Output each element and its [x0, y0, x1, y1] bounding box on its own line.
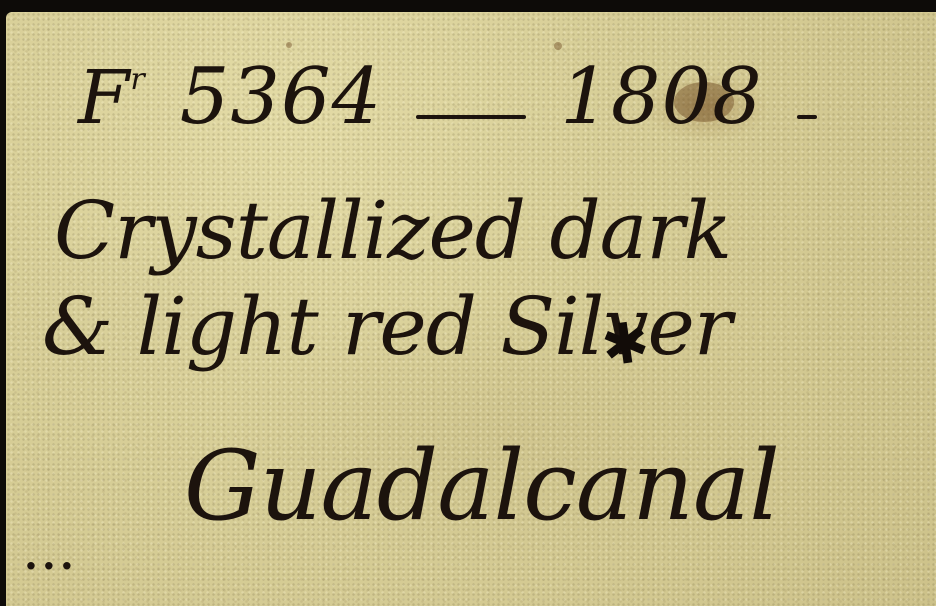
specimen-label: Fr 5364 1808 Crystallized dark & light r…: [6, 12, 936, 606]
ellipsis-mark: ...: [24, 532, 78, 579]
paper-spot: [286, 42, 292, 48]
description-line-1: Crystallized dark: [54, 184, 731, 277]
dash-divider: [416, 115, 526, 119]
catalog-number: 5364: [180, 52, 383, 142]
paper-spot: [554, 42, 562, 50]
catalog-year: 1808: [560, 52, 763, 142]
catalog-line: Fr 5364 1808: [78, 52, 817, 142]
dash-end: [797, 115, 817, 119]
locality-line: Guadalcanal: [184, 430, 779, 542]
ink-blot-icon: ✱: [598, 309, 654, 380]
prefix-letter: F: [78, 55, 130, 141]
catalog-prefix: Fr: [78, 55, 146, 141]
prefix-superscript: r: [130, 62, 145, 97]
photo-frame: Fr 5364 1808 Crystallized dark & light r…: [0, 0, 936, 606]
